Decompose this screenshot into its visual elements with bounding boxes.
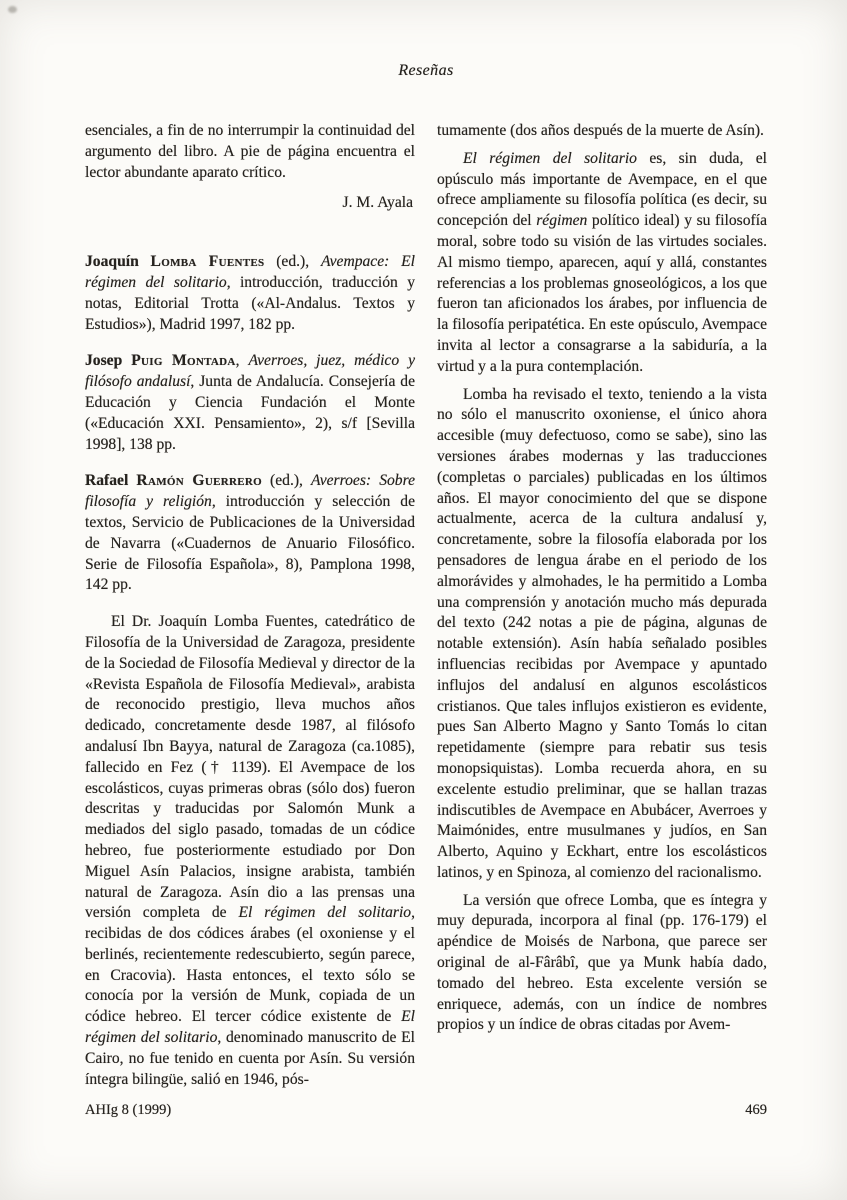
regimen-solitario-paragraph: El régimen del solitario es, sin duda, e…	[437, 149, 767, 378]
text-segment: El régimen del solitario	[239, 904, 412, 921]
left-column: esenciales, a fin de no interrumpir la c…	[85, 121, 415, 1090]
carryover-paragraph: esenciales, a fin de no interrumpir la c…	[85, 121, 415, 183]
lomba-revision-paragraph: Lomba ha revisado el texto, teniendo a l…	[437, 385, 767, 884]
version-lomba-paragraph: La versión que ofrece Lomba, que es ínte…	[437, 891, 767, 1037]
text-segment: Ramón Guerrero	[136, 472, 262, 489]
text-segment: , recibidas de dos códices árabes (el ox…	[85, 904, 415, 1025]
text-segment: esenciales, a fin de no interrumpir la c…	[85, 122, 415, 181]
text-segment: El Dr. Joaquín Lomba Fuentes, catedrátic…	[85, 613, 415, 921]
biblio-entry-ramon: Rafael Ramón Guerrero (ed.), Averroes: S…	[85, 471, 415, 596]
scan-artifact	[8, 6, 17, 13]
journal-reference: AHIg 8 (1999)	[85, 1102, 171, 1119]
text-segment: Rafael	[85, 472, 136, 489]
continuation-paragraph: tumamente (dos años después de la muerte…	[437, 121, 767, 142]
text-segment: Puig Montada	[131, 352, 235, 369]
text-segment: Lomba Fuentes	[151, 253, 265, 270]
text-segment: (ed.),	[262, 472, 311, 489]
right-column: tumamente (dos años después de la muerte…	[437, 121, 767, 1090]
text-segment: La versión que ofrece Lomba, que es ínte…	[437, 892, 767, 1034]
reviewer-signature: J. M. Ayala	[85, 193, 413, 214]
text-segment: ,	[236, 352, 249, 369]
text-segment: (ed.),	[264, 253, 321, 270]
text-segment: tumamente (dos años después de la muerte…	[437, 122, 764, 139]
text-segment: Joaquín	[85, 253, 151, 270]
text-segment: régimen	[536, 212, 587, 229]
review-body-paragraph: El Dr. Joaquín Lomba Fuentes, catedrátic…	[85, 612, 415, 1090]
page-footer: AHIg 8 (1999) 469	[85, 1102, 767, 1119]
biblio-entry-puig: Josep Puig Montada, Averroes, juez, médi…	[85, 351, 415, 455]
text-segment: político ideal) y su filosofía moral, so…	[437, 212, 767, 375]
running-head-title: Reseñas	[85, 62, 767, 80]
text-segment: El régimen del solitario	[463, 150, 637, 167]
scanned-journal-page: Reseñas esenciales, a fin de no interrum…	[0, 0, 847, 1200]
page-number: 469	[745, 1102, 767, 1119]
text-segment: Lomba ha revisado el texto, teniendo a l…	[437, 386, 767, 881]
text-columns: esenciales, a fin de no interrumpir la c…	[85, 121, 767, 1090]
biblio-entry-lomba: Joaquín Lomba Fuentes (ed.), Avempace: E…	[85, 252, 415, 335]
text-segment: Josep	[85, 352, 131, 369]
